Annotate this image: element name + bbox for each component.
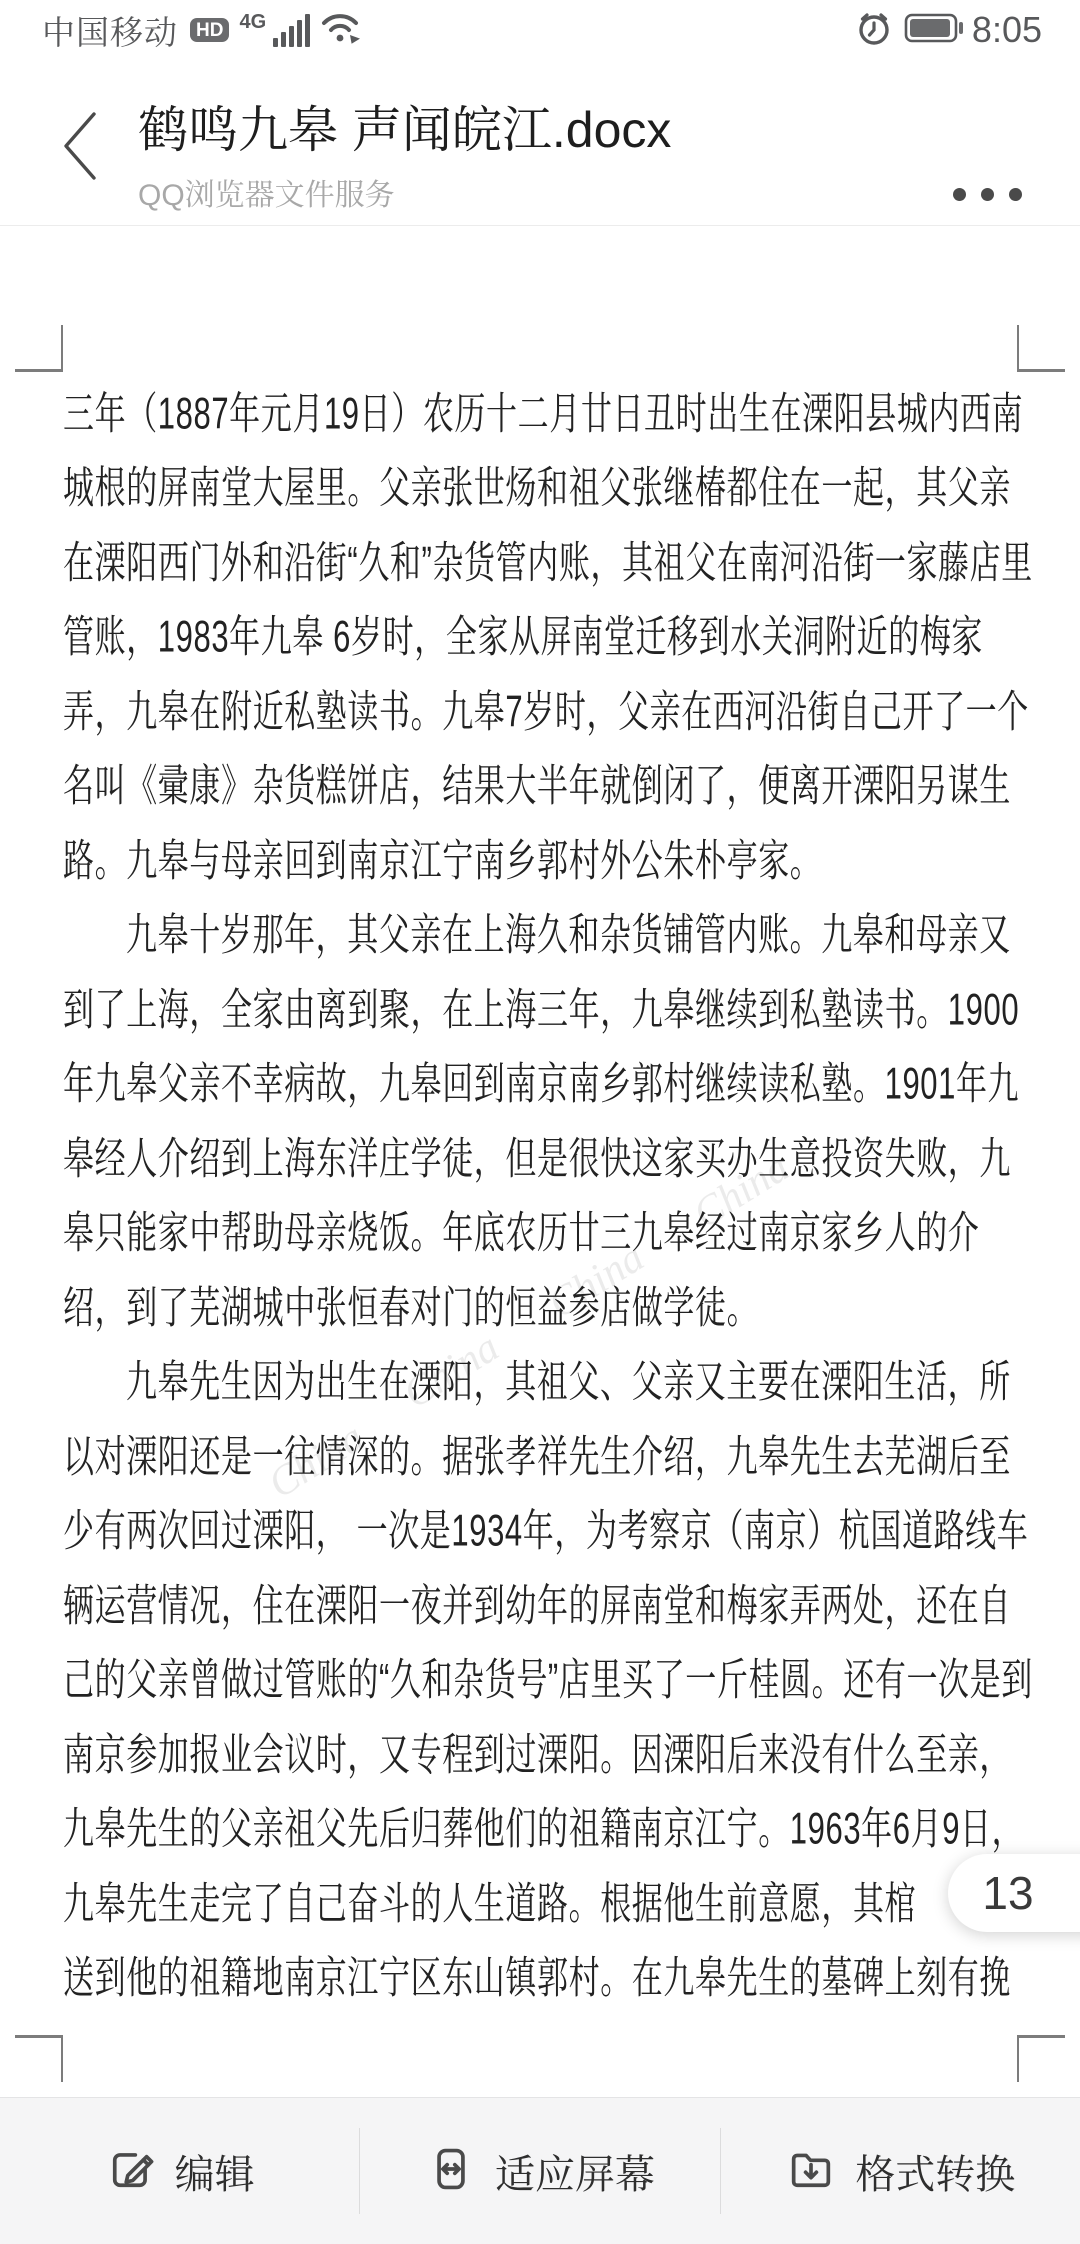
document-page: China China China China 三年（1887年元月19日）农历… [0, 227, 1080, 2097]
bottom-toolbar: 编辑 适应屏幕 格式转换 [0, 2097, 1080, 2244]
more-menu-icon[interactable] [938, 188, 1022, 201]
doc-line: 三年（1887年元月19日）农历十二月廿日丑时出生在溧阳县城内西南 [63, 372, 1017, 447]
doc-line: 九皋先生走完了自己奋斗的人生道路。根据他生前意愿，其棺 [63, 1862, 1017, 1937]
margin-corner-mark [15, 2035, 63, 2082]
doc-line: 皋经人介绍到上海东洋庄学徒，但是很快这家买办生意投资失败，九 [63, 1117, 1017, 1192]
fit-screen-icon [425, 2143, 495, 2200]
fit-screen-button[interactable]: 适应屏幕 [360, 2098, 719, 2244]
status-left: 中国移动 HD 4G [42, 7, 364, 54]
signal-bars-icon [270, 13, 310, 47]
doc-line: 到了上海，全家由离到聚，在上海三年，九皋继续到私塾读书。1900 [63, 968, 1017, 1043]
status-bar: 中国移动 HD 4G [0, 0, 1080, 60]
doc-line: 少有两次回过溧阳， 一次是1934年，为考察京（南京）杭国道路线车 [63, 1490, 1017, 1565]
doc-line: 己的父亲曾做过管账的“久和杂货号”店里买了一斤桂圆。还有一次是到 [63, 1639, 1017, 1714]
alarm-clock-icon [854, 8, 894, 53]
header-titles: 鹤鸣九皋 声闻皖江.docx QQ浏览器文件服务 [138, 90, 940, 214]
doc-line: 以对溧阳还是一往情深的。据张孝祥先生介绍，九皋先生去芜湖后至 [63, 1415, 1017, 1490]
doc-line: 皋只能家中帮助母亲烧饭。年底农历廿三九皋经过南京家乡人的介 [63, 1192, 1017, 1267]
format-convert-icon [785, 2143, 855, 2200]
format-convert-label: 格式转换 [855, 2143, 1015, 2200]
file-title: 鹤鸣九皋 声闻皖江.docx [138, 90, 940, 162]
doc-line: 年九皋父亲不幸病故，九皋回到南京南乡郭村继续读私塾。1901年九 [63, 1043, 1017, 1118]
margin-corner-mark [1017, 325, 1065, 372]
status-right: 8:05 [854, 8, 1042, 53]
doc-line: 路。九皋与母亲回到南京江宁南乡郭村外公朱朴亭家。 [63, 819, 1017, 894]
doc-line: 绍，到了芜湖城中张恒春对门的恒益参店做学徒。 [63, 1266, 1017, 1341]
hd-badge: HD [190, 18, 229, 42]
edit-label: 编辑 [175, 2143, 255, 2200]
phone-screen: 中国移动 HD 4G [0, 0, 1080, 2244]
file-source-subtitle: QQ浏览器文件服务 [138, 170, 940, 214]
doc-line: 辆运营情况，住在溧阳一夜并到幼年的屏南堂和梅家弄两处，还在自 [63, 1564, 1017, 1639]
page-number-badge[interactable]: 13 [948, 1854, 1080, 1932]
doc-line: 在溧阳西门外和沿街“久和”杂货管内账，其祖父在南河沿街一家藤店里 [63, 521, 1017, 596]
doc-line: 名叫《彚康》杂货糕饼店，结果大半年就倒闭了，便离开溧阳另谋生 [63, 745, 1017, 820]
clock-time: 8:05 [972, 9, 1042, 51]
carrier-label: 中国移动 [42, 7, 178, 54]
network-type-label: 4G [239, 11, 266, 34]
doc-line: 送到他的祖籍地南京江宁区东山镇郭村。在九皋先生的墓碑上刻有挽 [63, 1937, 1017, 2012]
doc-line: 南京参加报业会议时，又专程到过溧阳。因溧阳后来没有什么至亲， [63, 1713, 1017, 1788]
wifi-icon [320, 9, 364, 52]
back-chevron-icon[interactable] [58, 108, 102, 184]
edit-button[interactable]: 编辑 [0, 2098, 359, 2244]
battery-icon [904, 12, 964, 49]
fit-screen-label: 适应屏幕 [495, 2143, 655, 2200]
doc-line: 九皋先生的父亲祖父先后归葬他们的祖籍南京江宁。1963年6月9日， [63, 1788, 1017, 1863]
doc-line: 弄，九皋在附近私塾读书。九皋7岁时，父亲在西河沿街自己开了一个 [63, 670, 1017, 745]
doc-line: 九皋十岁那年，其父亲在上海久和杂货铺管内账。九皋和母亲又 [63, 894, 1017, 969]
margin-corner-mark [15, 325, 63, 372]
document-header: 鹤鸣九皋 声闻皖江.docx QQ浏览器文件服务 [0, 60, 1080, 226]
margin-corner-mark [1017, 2035, 1065, 2082]
doc-line: 管账，1983年九皋 6岁时，全家从屏南堂迁移到水关洞附近的梅家 [63, 596, 1017, 671]
doc-line: 九皋先生因为出生在溧阳，其祖父、父亲又主要在溧阳生活，所 [63, 1341, 1017, 1416]
format-convert-button[interactable]: 格式转换 [721, 2098, 1080, 2244]
edit-icon [105, 2143, 175, 2200]
document-text: 三年（1887年元月19日）农历十二月廿日丑时出生在溧阳县城内西南城根的屏南堂大… [63, 372, 1017, 2011]
doc-line: 城根的屏南堂大屋里。父亲张世炀和祖父张继椿都住在一起，其父亲 [63, 447, 1017, 522]
